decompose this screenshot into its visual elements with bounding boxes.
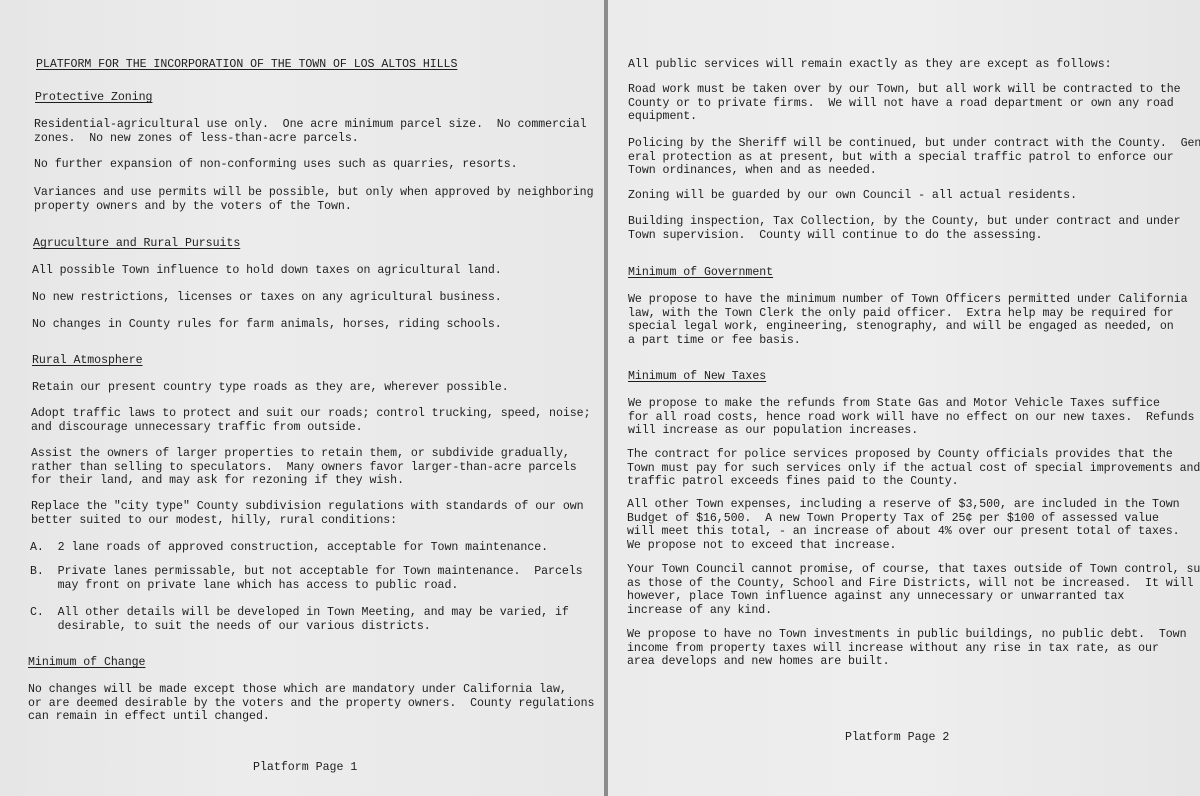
- paragraph: Replace the "city type" County subdivisi…: [31, 500, 584, 527]
- paragraph: Retain our present country type roads as…: [32, 381, 509, 395]
- list-item-c: C. All other details will be developed i…: [30, 606, 569, 633]
- section-heading-minimum-of-new-taxes: Minimum of New Taxes: [628, 370, 766, 384]
- paragraph: We propose to make the refunds from Stat…: [628, 397, 1194, 438]
- paragraph: No further expansion of non-conforming u…: [34, 158, 518, 172]
- paragraph-intro: All public services will remain exactly …: [628, 58, 1112, 72]
- paragraph: Road work must be taken over by our Town…: [628, 83, 1181, 124]
- paragraph: All possible Town influence to hold down…: [32, 264, 502, 278]
- list-item-a: A. 2 lane roads of approved construction…: [30, 541, 548, 555]
- section-heading-protective-zoning: Protective Zoning: [35, 91, 152, 105]
- page-footer-2: Platform Page 2: [845, 731, 949, 744]
- section-heading-rural-atmosphere: Rural Atmosphere: [32, 354, 143, 368]
- paragraph: No new restrictions, licenses or taxes o…: [32, 291, 502, 305]
- page-footer-1: Platform Page 1: [253, 761, 357, 774]
- section-heading-minimum-of-change: Minimum of Change: [28, 656, 145, 670]
- paragraph: No changes in County rules for farm anim…: [32, 318, 502, 332]
- document-title: PLATFORM FOR THE INCORPORATION OF THE TO…: [36, 58, 457, 72]
- paragraph: Residential-agricultural use only. One a…: [34, 118, 587, 145]
- paragraph: Zoning will be guarded by our own Counci…: [628, 189, 1077, 203]
- paragraph: We propose to have no Town investments i…: [627, 628, 1187, 669]
- paragraph: Building inspection, Tax Collection, by …: [628, 215, 1181, 242]
- paragraph: No changes will be made except those whi…: [28, 683, 594, 724]
- list-item-b: B. Private lanes permissable, but not ac…: [30, 565, 583, 592]
- section-heading-minimum-of-government: Minimum of Government: [628, 266, 773, 280]
- paragraph: Variances and use permits will be possib…: [34, 186, 594, 213]
- section-heading-agriculture: Agruculture and Rural Pursuits: [33, 237, 240, 251]
- paragraph-budget: All other Town expenses, including a res…: [627, 498, 1180, 552]
- paragraph: Your Town Council cannot promise, of cou…: [627, 563, 1200, 617]
- paragraph: We propose to have the minimum number of…: [628, 293, 1188, 347]
- paragraph: Assist the owners of larger properties t…: [31, 447, 577, 488]
- paragraph: Policing by the Sheriff will be continue…: [628, 137, 1200, 178]
- paragraph: Adopt traffic laws to protect and suit o…: [31, 407, 591, 434]
- paragraph: The contract for police services propose…: [627, 448, 1200, 489]
